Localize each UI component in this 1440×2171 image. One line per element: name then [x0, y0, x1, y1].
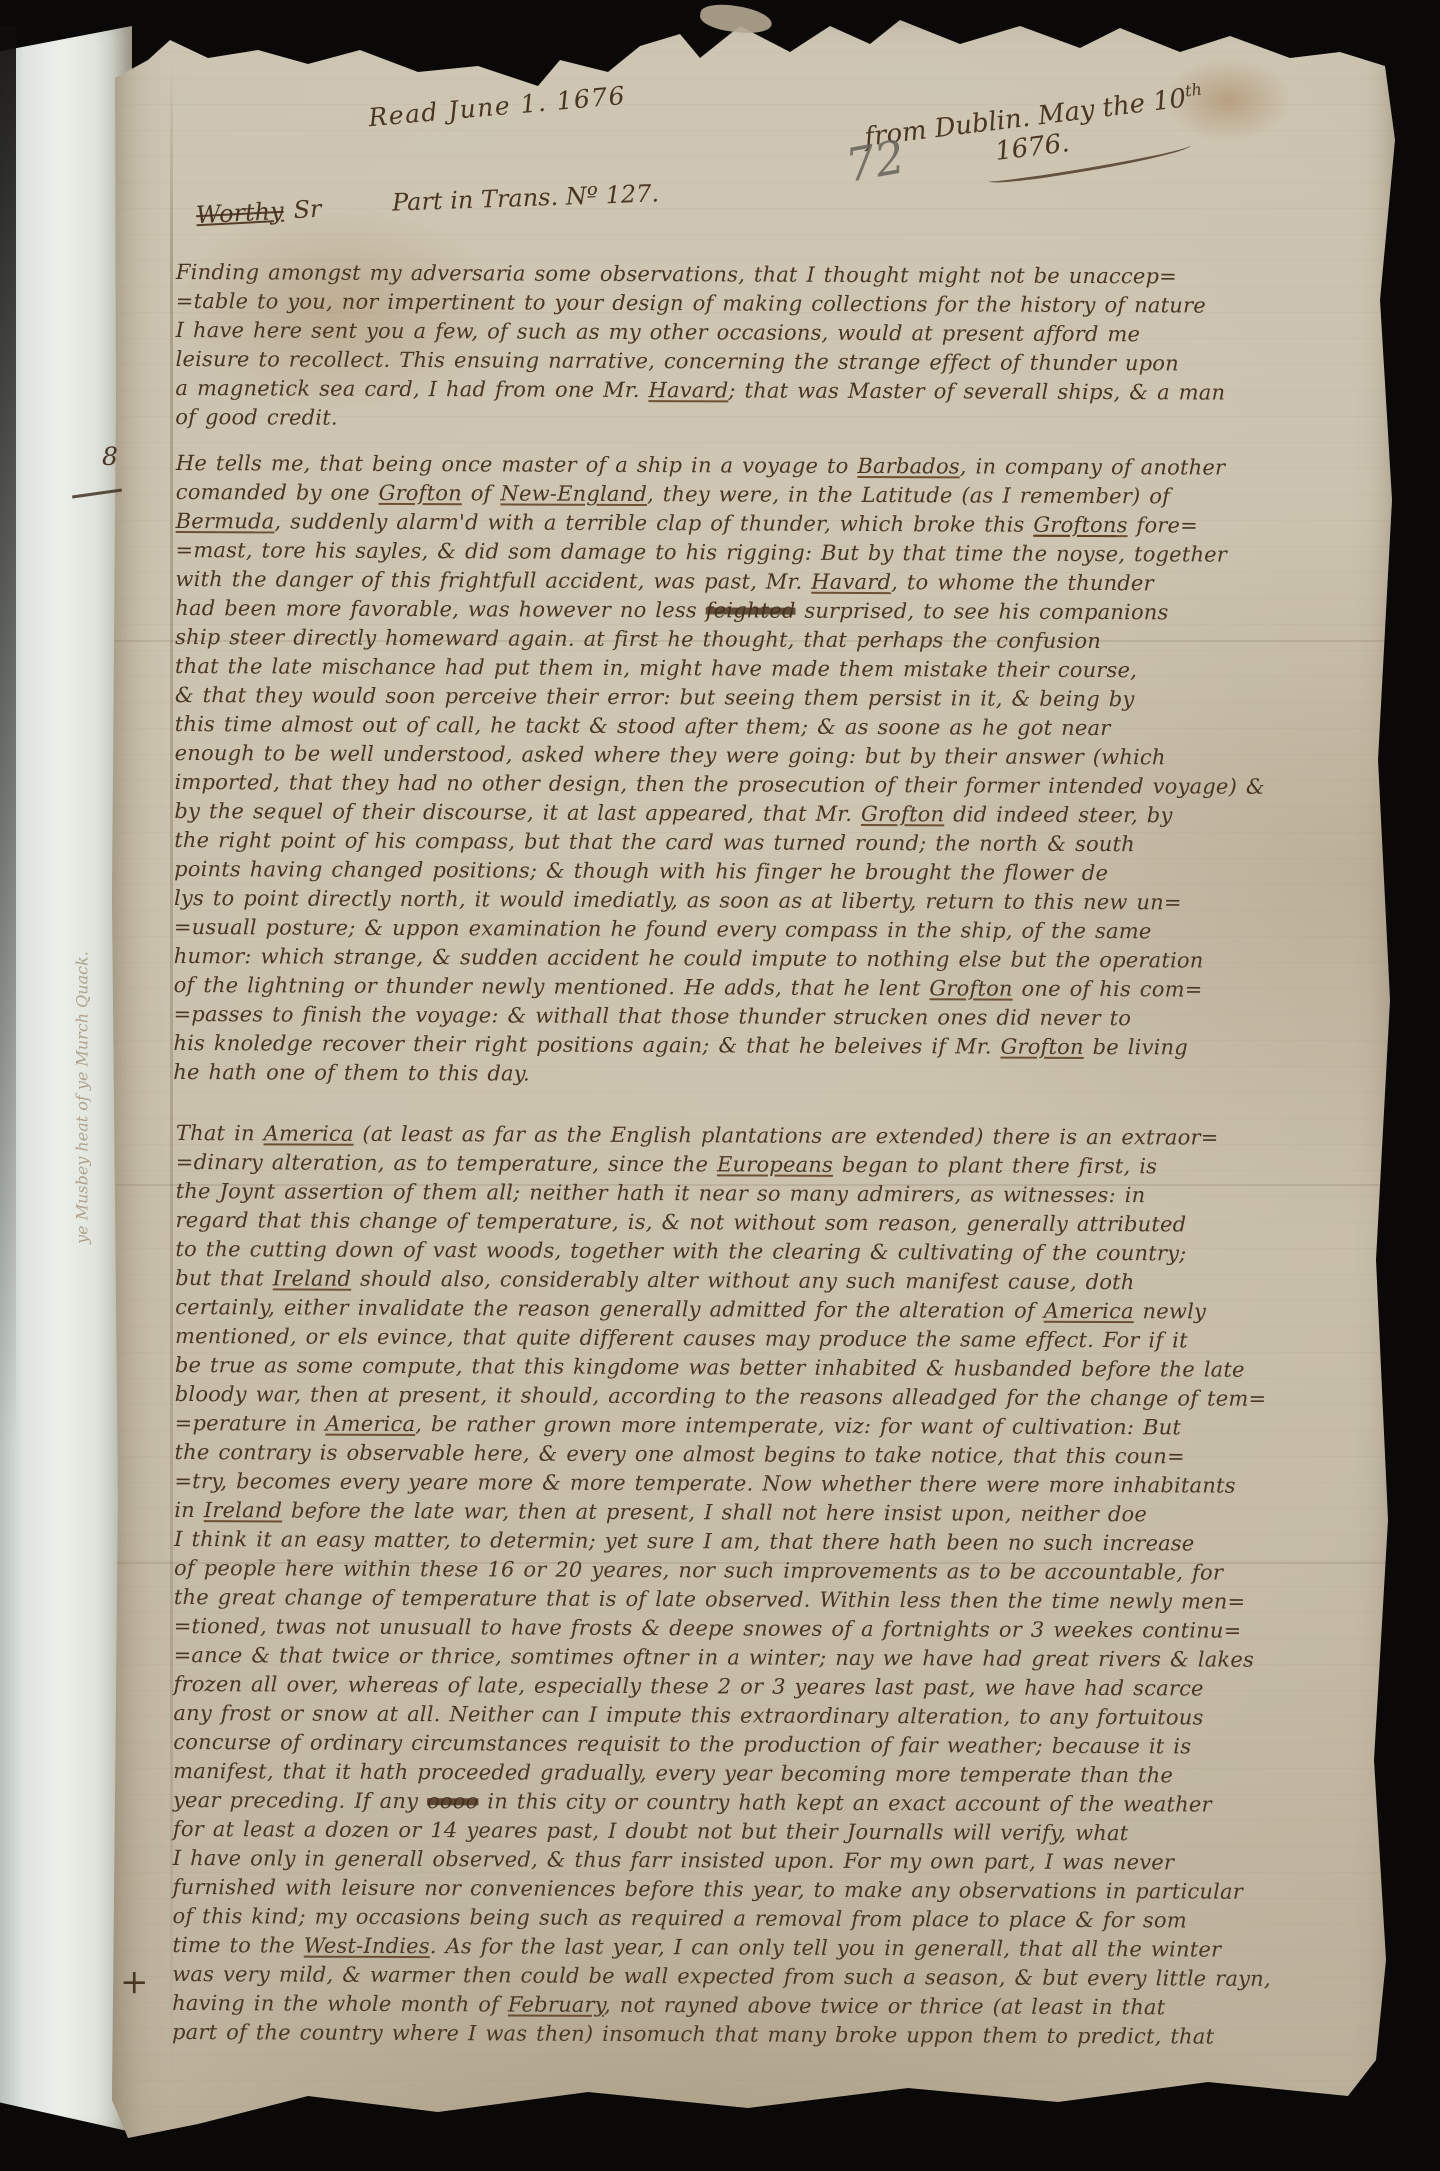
manuscript-line: part of the country where I was then) in…	[172, 2018, 1384, 2052]
paragraph-3: That in America (at least as far as the …	[172, 1119, 1388, 2052]
page-edge-backing	[0, 26, 132, 2132]
manuscript-line: he hath one of them to this day.	[173, 1058, 1385, 1092]
salutation-title: Sr	[293, 195, 322, 224]
folio-number: 72	[842, 129, 909, 192]
manuscript-line: a magnetick sea card, I had from one Mr.…	[175, 374, 1387, 408]
scan-background: Read June 1. 1676 from Dublin. May the 1…	[0, 0, 1440, 2171]
left-edge-shadow	[0, 26, 16, 1446]
ordinal-superscript: th	[1184, 80, 1203, 101]
salutation-struck-word: Worthy	[195, 197, 284, 230]
vertical-inscription: ye Musbey heat of ye Murch Quack.	[73, 748, 92, 1448]
paragraph-1: Finding amongst my adversaria some obser…	[175, 258, 1388, 437]
margin-number: 8	[102, 442, 118, 471]
torn-paper-fragment	[699, 2, 774, 37]
paragraph-2: He tells me, that being once master of a…	[173, 449, 1388, 1092]
manuscript-line: of good credit.	[175, 403, 1387, 437]
margin-cross-mark: +	[120, 1962, 149, 2002]
